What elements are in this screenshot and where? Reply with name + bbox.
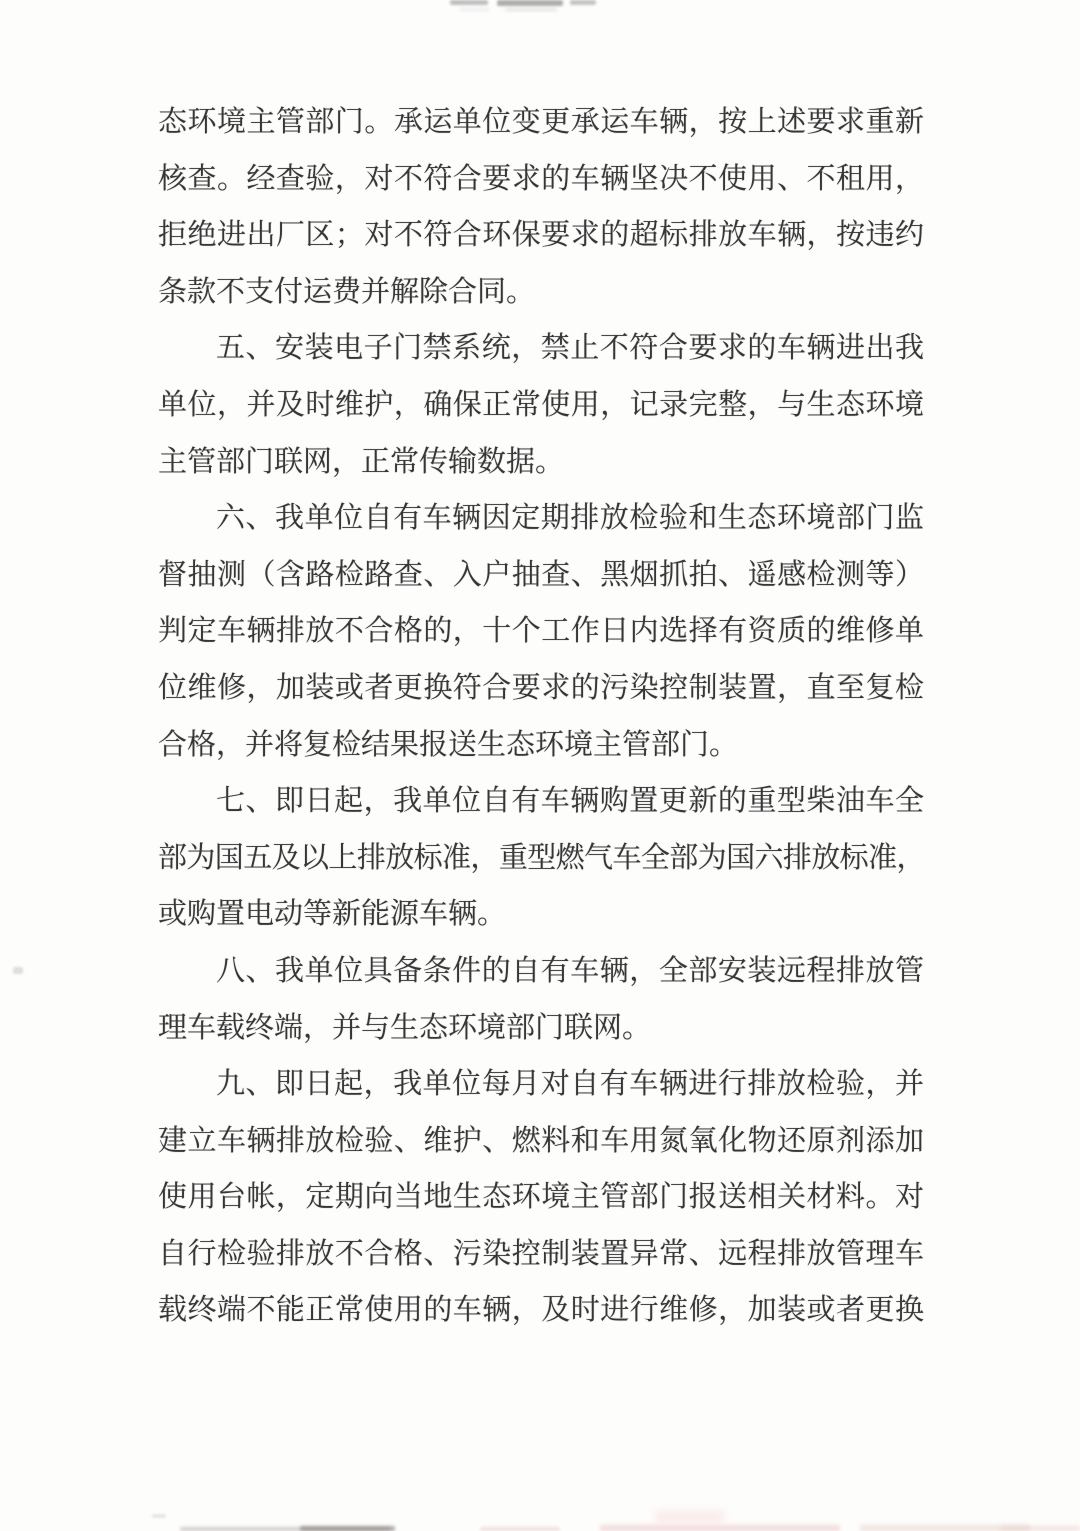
scan-bleed-mark <box>480 1527 560 1531</box>
text-line: 部为国五及以上排放标准，重型燃气车全部为国六排放标准， <box>158 830 924 887</box>
scan-bleed-mark <box>450 0 488 5</box>
scan-bleed-mark <box>505 8 557 11</box>
text-line: 使用台帐，定期向当地生态环境主管部门报送相关材料。对 <box>158 1169 924 1226</box>
scan-bleed-mark <box>497 0 563 6</box>
text-line: 拒绝进出厂区；对不符合环保要求的超标排放车辆，按违约 <box>158 207 924 264</box>
text-line: 自行检验排放不合格、污染控制装置异常、远程排放管理车 <box>158 1226 924 1283</box>
text-line: 理车载终端，并与生态环境部门联网。 <box>158 1000 924 1057</box>
document-text: 态环境主管部门。承运单位变更承运车辆，按上述要求重新 核查。经查验，对不符合要求… <box>158 94 924 1339</box>
paragraph-clause-8: 八、我单位具备条件的自有车辆，全部安装远程排放管 理车载终端，并与生态环境部门联… <box>158 943 924 1056</box>
text-line: 主管部门联网，正常传输数据。 <box>158 434 924 491</box>
scanned-document-page: 态环境主管部门。承运单位变更承运车辆，按上述要求重新 核查。经查验，对不符合要求… <box>0 0 1080 1531</box>
text-line: 督抽测（含路检路查、入户抽查、黑烟抓拍、遥感检测等） <box>158 547 924 604</box>
text-line: 合格，并将复检结果报送生态环境主管部门。 <box>158 717 924 774</box>
scan-stamp-bleed <box>600 1525 840 1531</box>
text-line: 五、安装电子门禁系统，禁止不符合要求的车辆进出我 <box>158 320 924 377</box>
text-line: 六、我单位自有车辆因定期排放检验和生态环境部门监 <box>158 490 924 547</box>
text-line: 建立车辆排放检验、维护、燃料和车用氮氧化物还原剂添加 <box>158 1113 924 1170</box>
text-line: 九、即日起，我单位每月对自有车辆进行排放检验，并 <box>158 1056 924 1113</box>
scan-bleed-mark <box>180 1527 390 1531</box>
scan-bleed-mark <box>460 8 490 11</box>
text-line: 单位，并及时维护，确保正常使用，记录完整，与生态环境 <box>158 377 924 434</box>
text-line: 位维修，加装或者更换符合要求的污染控制装置，直至复检 <box>158 660 924 717</box>
scan-bleed-mark <box>570 0 596 5</box>
text-line: 判定车辆排放不合格的，十个工作日内选择有资质的维修单 <box>158 603 924 660</box>
scan-bleed-mark <box>300 1526 395 1531</box>
text-line: 载终端不能正常使用的车辆，及时进行维修，加装或者更换 <box>158 1282 924 1339</box>
paragraph-continuation: 态环境主管部门。承运单位变更承运车辆，按上述要求重新 核查。经查验，对不符合要求… <box>158 94 924 320</box>
scan-stamp-bleed <box>655 1510 725 1524</box>
paragraph-clause-6: 六、我单位自有车辆因定期排放检验和生态环境部门监 督抽测（含路检路查、入户抽查、… <box>158 490 924 773</box>
scan-stamp-bleed <box>860 1525 1030 1531</box>
paragraph-clause-7: 七、即日起，我单位自有车辆购置更新的重型柴油车全 部为国五及以上排放标准，重型燃… <box>158 773 924 943</box>
text-line: 七、即日起，我单位自有车辆购置更新的重型柴油车全 <box>158 773 924 830</box>
paragraph-clause-9: 九、即日起，我单位每月对自有车辆进行排放检验，并 建立车辆排放检验、维护、燃料和… <box>158 1056 924 1339</box>
text-line: 条款不支付运费并解除合同。 <box>158 264 924 321</box>
scan-speck <box>13 967 23 974</box>
text-line: 态环境主管部门。承运单位变更承运车辆，按上述要求重新 <box>158 94 924 151</box>
scan-bleed-mark <box>152 1514 166 1518</box>
text-line: 或购置电动等新能源车辆。 <box>158 886 924 943</box>
paragraph-clause-5: 五、安装电子门禁系统，禁止不符合要求的车辆进出我 单位，并及时维护，确保正常使用… <box>158 320 924 490</box>
text-line: 八、我单位具备条件的自有车辆，全部安装远程排放管 <box>158 943 924 1000</box>
text-line: 核查。经查验，对不符合要求的车辆坚决不使用、不租用， <box>158 151 924 208</box>
scan-stamp-bleed <box>1000 1526 1080 1531</box>
